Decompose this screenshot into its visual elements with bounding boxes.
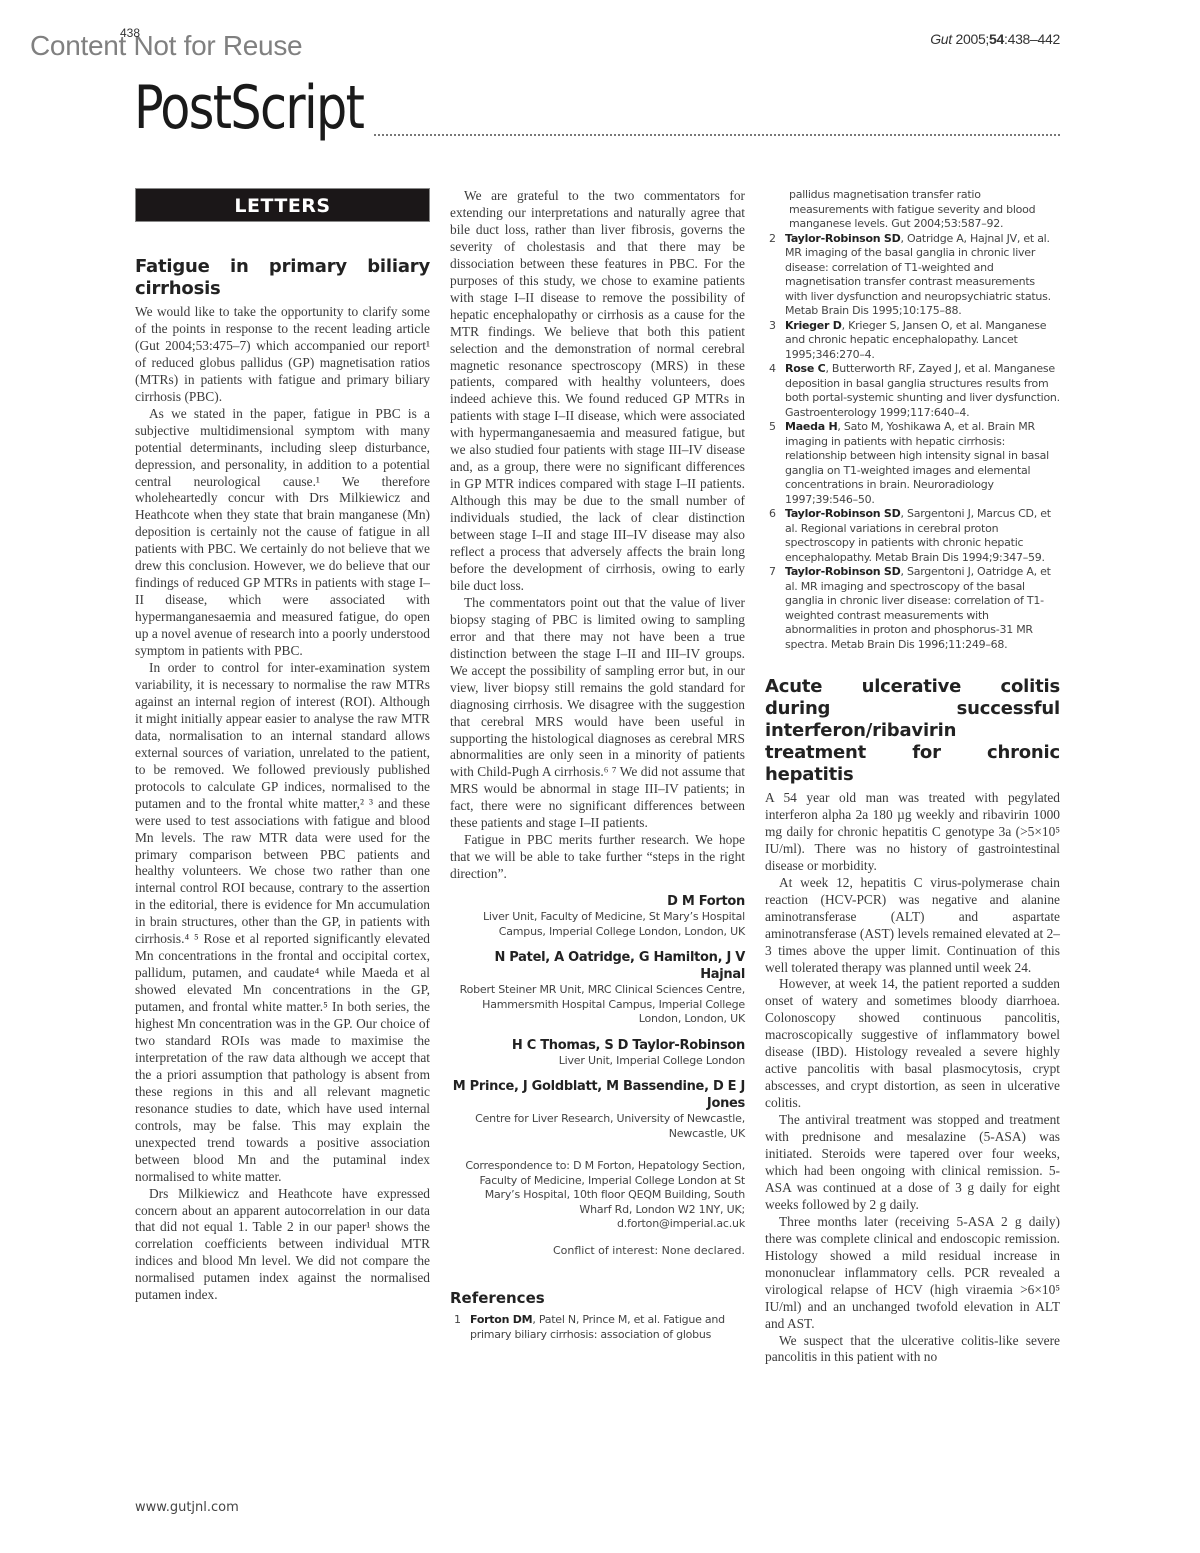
reference-item: 1 Forton DM, Patel N, Prince M, et al. F… (450, 1313, 745, 1342)
paragraph: Three months later (receiving 5-ASA 2 g … (765, 1214, 1060, 1333)
reference-item: 5 Maeda H, Sato M, Yoshikawa A, et al. B… (765, 420, 1060, 507)
reference-item: 2 Taylor-Robinson SD, Oatridge A, Hajnal… (765, 232, 1060, 319)
paragraph: However, at week 14, the patient reporte… (765, 976, 1060, 1112)
article-2-title: Acute ulcerative colitis during successf… (765, 676, 1060, 786)
author-names: N Patel, A Oatridge, G Hamilton, J V Haj… (450, 949, 745, 983)
page-number: 438 (120, 26, 140, 40)
reference-item: 7 Taylor-Robinson SD, Sargentoni J, Oatr… (765, 565, 1060, 652)
paragraph: A 54 year old man was treated with pegyl… (765, 790, 1060, 875)
paragraph: The commentators point out that the valu… (450, 595, 745, 832)
author-affiliation: Liver Unit, Faculty of Medicine, St Mary… (450, 910, 745, 939)
reference-number: 1 (450, 1313, 470, 1342)
author-affiliation: Robert Steiner MR Unit, MRC Clinical Sci… (450, 983, 745, 1027)
column-2: We are grateful to the two commentators … (450, 188, 745, 1342)
reference-author: Taylor-Robinson SD (785, 232, 900, 245)
reference-text: , Butterworth RF, Zayed J, et al. Mangan… (785, 362, 1060, 419)
reference-number: 3 (765, 319, 785, 363)
paragraph: In order to control for inter-examinatio… (135, 660, 430, 1186)
reference-number: 7 (765, 565, 785, 652)
paragraph: As we stated in the paper, fatigue in PB… (135, 406, 430, 660)
masthead-title: PostScript (134, 78, 363, 138)
journal-volume: 54 (989, 31, 1004, 47)
author-names: M Prince, J Goldblatt, M Bassendine, D E… (450, 1078, 745, 1112)
references-heading: References (450, 1290, 745, 1307)
column-3: pallidus magnetisation transfer ratio me… (765, 188, 1060, 1366)
reference-continuation: pallidus magnetisation transfer ratio me… (765, 188, 1060, 232)
author-names: D M Forton (450, 893, 745, 910)
masthead-dotted-rule (374, 134, 1060, 136)
reference-number: 4 (765, 362, 785, 420)
author-affiliation: Centre for Liver Research, University of… (450, 1112, 745, 1141)
masthead: PostScript (134, 78, 1060, 158)
reference-number: 6 (765, 507, 785, 565)
author-block: D M Forton Liver Unit, Faculty of Medici… (450, 893, 745, 1141)
conflict-of-interest: Conflict of interest: None declared. (450, 1244, 745, 1259)
reference-author: Krieger D (785, 319, 842, 332)
reference-number: 5 (765, 420, 785, 507)
reference-item: 6 Taylor-Robinson SD, Sargentoni J, Marc… (765, 507, 1060, 565)
section-label: LETTERS (135, 188, 430, 222)
journal-year: 2005; (952, 31, 989, 47)
author-names: H C Thomas, S D Taylor-Robinson (450, 1037, 745, 1054)
journal-pages: :438–442 (1004, 31, 1060, 47)
reference-author: Forton DM (470, 1313, 532, 1326)
reference-author: Taylor-Robinson SD (785, 507, 900, 520)
journal-citation: Gut 2005;54:438–442 (930, 31, 1060, 47)
watermark: Content Not for Reuse (30, 30, 302, 62)
article-1-title: Fatigue in primary biliary cirrhosis (135, 256, 430, 300)
journal-name: Gut (930, 31, 952, 47)
paragraph: The antiviral treatment was stopped and … (765, 1112, 1060, 1214)
paragraph: Fatigue in PBC merits further research. … (450, 832, 745, 883)
footer-url[interactable]: www.gutjnl.com (135, 1500, 239, 1515)
reference-item: 3 Krieger D, Krieger S, Jansen O, et al.… (765, 319, 1060, 363)
paragraph: At week 12, hepatitis C virus-polymerase… (765, 875, 1060, 977)
reference-number: 2 (765, 232, 785, 319)
column-1: LETTERS Fatigue in primary biliary cirrh… (135, 188, 430, 1304)
paragraph: Drs Milkiewicz and Heathcote have expres… (135, 1186, 430, 1305)
paragraph: We suspect that the ulcerative colitis-l… (765, 1333, 1060, 1367)
reference-author: Rose C (785, 362, 825, 375)
correspondence: Correspondence to: D M Forton, Hepatolog… (450, 1159, 745, 1232)
author-affiliation: Liver Unit, Imperial College London (450, 1054, 745, 1069)
reference-item: 4 Rose C, Butterworth RF, Zayed J, et al… (765, 362, 1060, 420)
reference-author: Taylor-Robinson SD (785, 565, 900, 578)
paragraph: We are grateful to the two commentators … (450, 188, 745, 595)
paragraph: We would like to take the opportunity to… (135, 304, 430, 406)
reference-author: Maeda H (785, 420, 837, 433)
